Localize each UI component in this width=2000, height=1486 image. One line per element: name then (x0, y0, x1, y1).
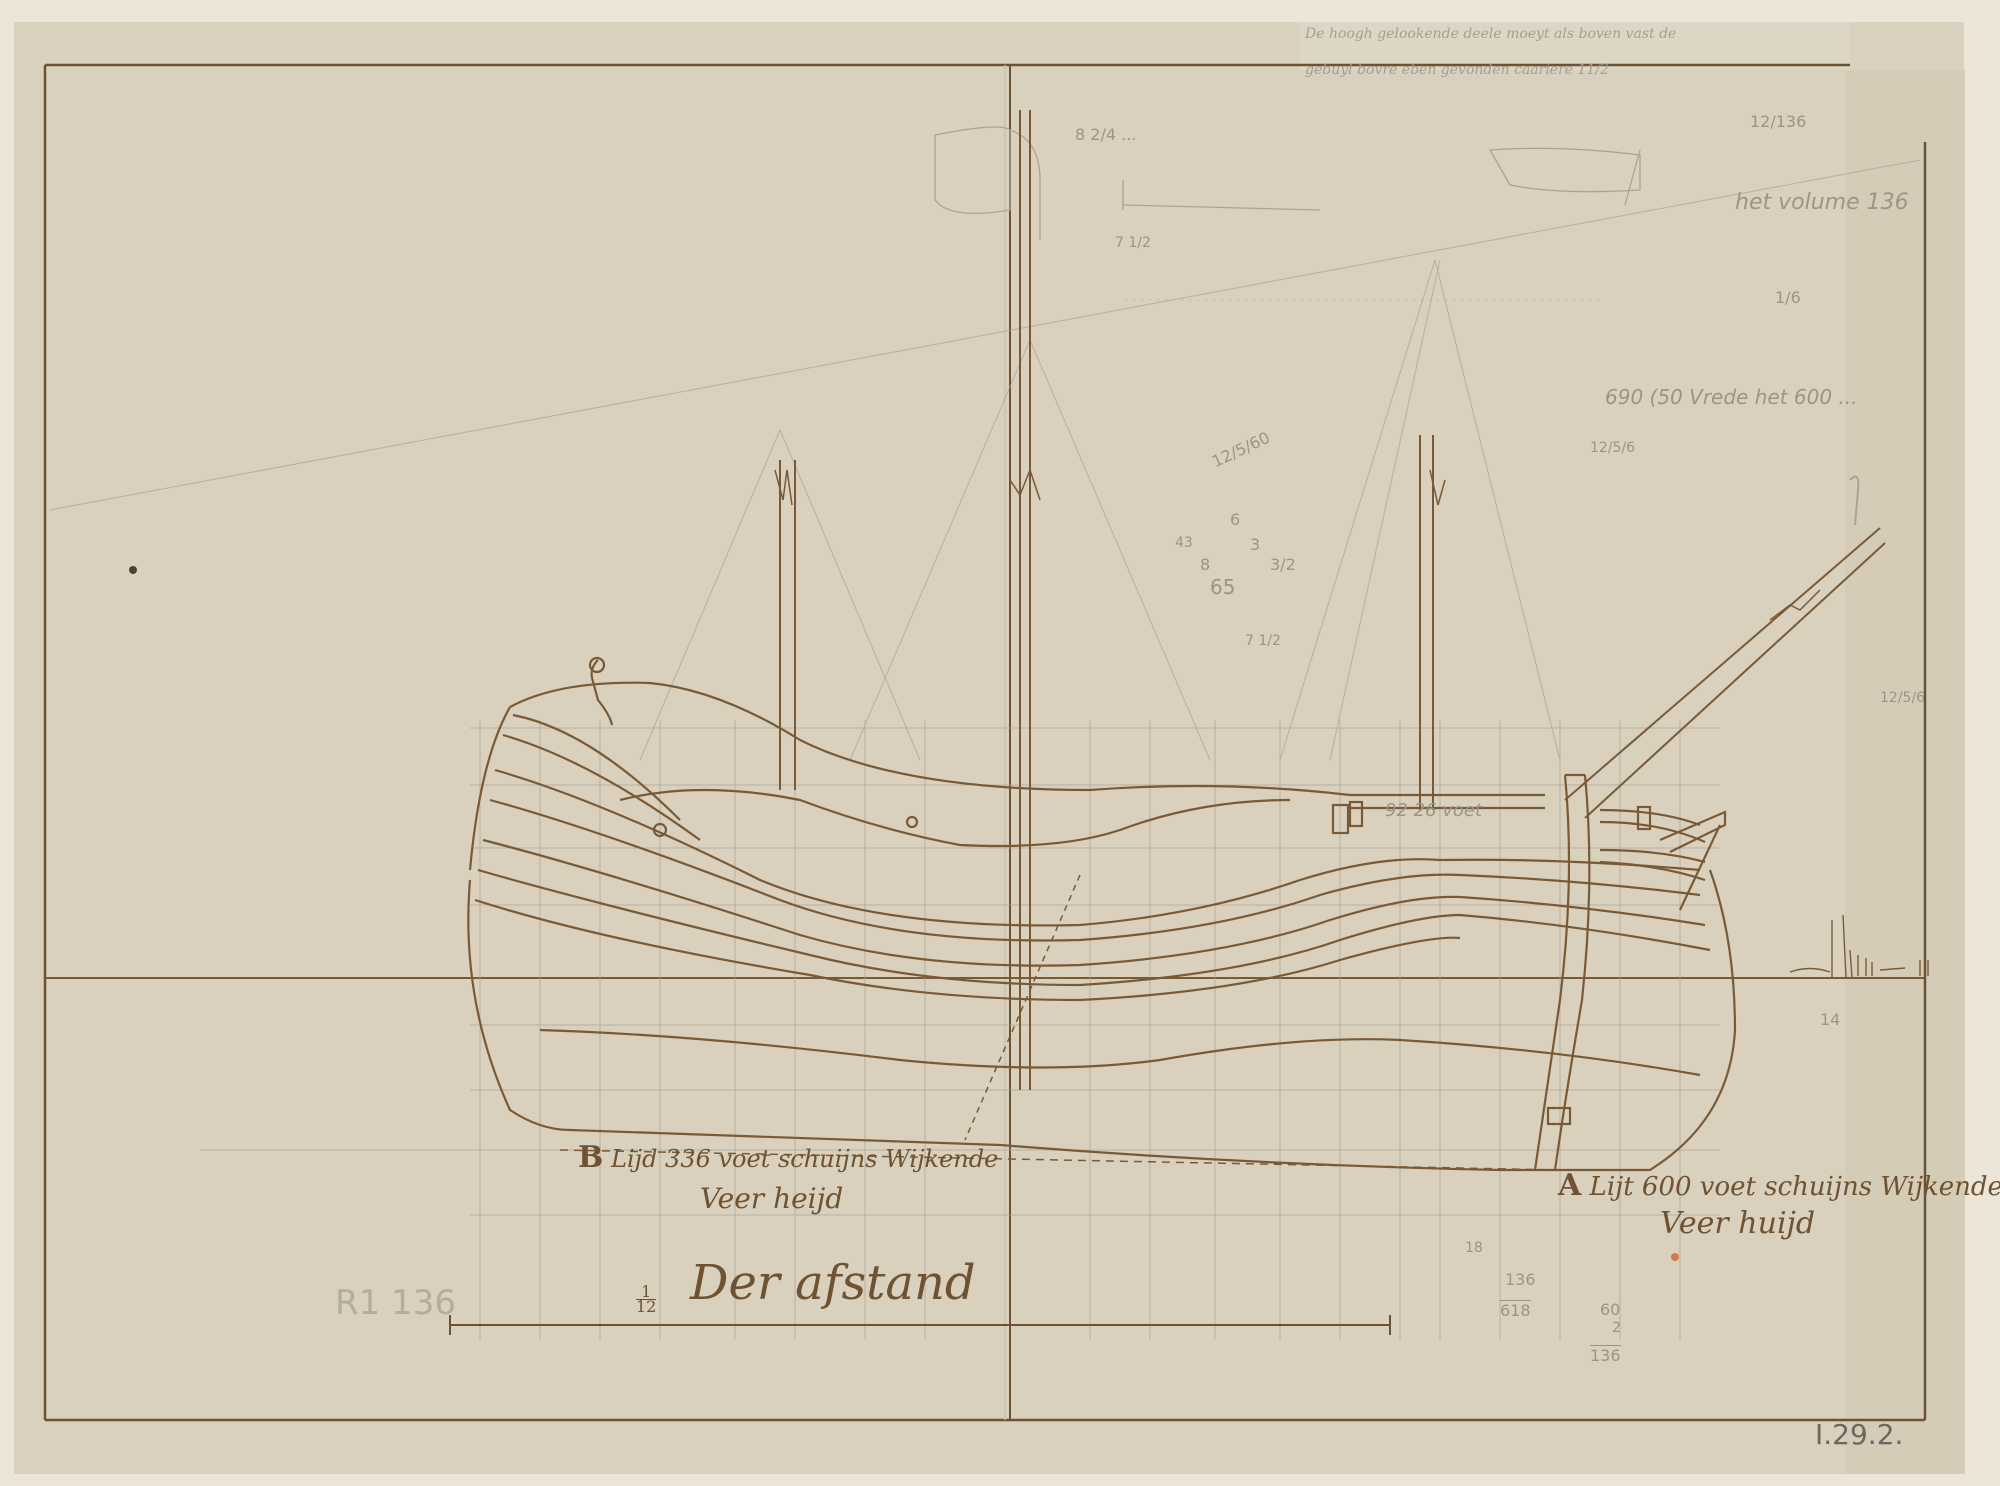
pencil-note-top-center-small: 7 1/2 (1115, 235, 1151, 251)
pencil-note-bottom-2: 618 (1500, 1300, 1531, 1320)
label-b: B Lijd 336 voet schuijns Wijkende (578, 1140, 998, 1175)
top-note-line1: De hoogh gelookende deele moeyt als bove… (1305, 26, 1676, 42)
pencil-note-bottom-5: 136 (1590, 1345, 1621, 1365)
ink-blot (129, 566, 137, 574)
distant-skyline (1790, 915, 1928, 978)
label-a-text: Lijt 600 voet schuijns Wijkende (1590, 1172, 2000, 1202)
masts (775, 110, 1445, 1090)
scale-pencil-note: R1 136 (335, 1283, 456, 1323)
pencil-note-top-right-fraction: 12/136 (1750, 112, 1806, 131)
pencil-note-right-side: 14 (1820, 1010, 1840, 1029)
pencil-note-bottom-4: 2 (1612, 1320, 1621, 1336)
scale-bar (450, 1315, 1390, 1335)
label-b-letter: B (578, 1140, 603, 1175)
pencil-number: 6 (1230, 510, 1240, 529)
pencil-number: 8 (1200, 555, 1210, 574)
pencil-note-right-small-fraction: 12/5/6 (1590, 440, 1635, 456)
red-chalk-mark (1671, 1253, 1679, 1261)
label-a: A Lijt 600 voet schuijns Wijkende (1558, 1168, 2000, 1203)
pencil-note-bottom-misc: 18 (1465, 1240, 1483, 1256)
pencil-note-right-edge: 12/5/6 (1880, 690, 1925, 706)
ship-drawing (0, 0, 2000, 1486)
pencil-note-top-right-text: het volume 136 (1735, 190, 1909, 215)
label-a-line2: Veer huijd (1660, 1206, 1815, 1241)
label-a-letter: A (1558, 1168, 1581, 1203)
pencil-number: 65 (1210, 575, 1235, 599)
pencil-note-top-center: 8 2/4 ... (1075, 125, 1136, 144)
label-b-line2: Veer heijd (700, 1182, 843, 1215)
pencil-number: 43 (1175, 535, 1193, 551)
scale-fraction-denominator: 12 (636, 1299, 656, 1314)
hull (468, 658, 1735, 1170)
scale-title: Der afstand (690, 1255, 976, 1311)
label-b-text: Lijd 336 voet schuijns Wijkende (611, 1145, 998, 1173)
bowsprit (1565, 477, 1885, 818)
top-note-line2: gebuyl bovre eben gevonden caariere 11/2 (1305, 62, 1609, 78)
pencil-note-bottom-3: 60 (1600, 1300, 1620, 1319)
pencil-note-right-fraction: 1/6 (1775, 288, 1801, 307)
scale-fraction: 1 12 (636, 1285, 656, 1314)
pencil-number: 3 (1250, 535, 1260, 554)
pencil-number: 3/2 (1270, 555, 1296, 574)
pencil-sketches (935, 127, 1640, 240)
border-frame (45, 65, 1925, 1420)
pencil-note-right-mid: 690 (50 Vrede het 600 ... (1605, 385, 1858, 409)
pencil-note-bottom-1: 136 (1505, 1270, 1536, 1289)
pencil-note-center-small: 7 1/2 (1245, 633, 1281, 649)
pencil-note-deck: 92 26 voet (1385, 800, 1482, 821)
catalog-number: I.29.2. (1815, 1418, 1903, 1451)
